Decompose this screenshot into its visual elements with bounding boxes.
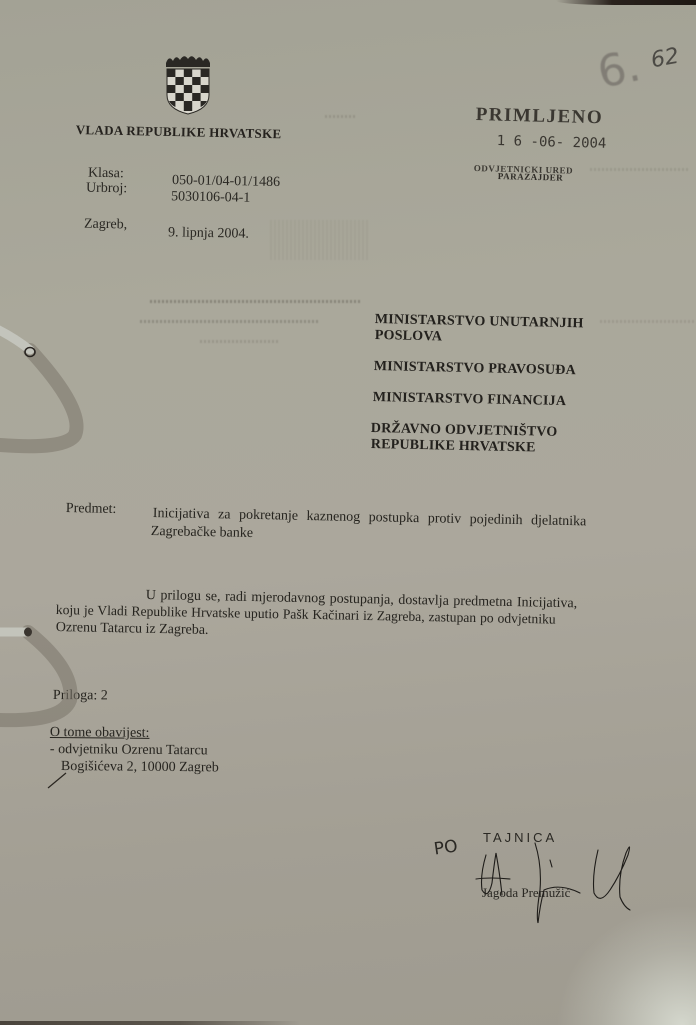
pen-check-mark — [46, 770, 70, 790]
received-stamp-office-name: PARAZAJDER — [498, 171, 564, 183]
print-through-mark — [150, 300, 360, 303]
print-through-mark — [140, 320, 320, 323]
page-number-mark: 6. — [593, 40, 645, 99]
notice-address: Bogišićeva 2, 10000 Zagreb — [61, 759, 219, 776]
government-header: VLADA REPUBLIKE HRVATSKE — [76, 122, 282, 142]
signature-prefix: PO — [433, 836, 459, 859]
print-through-mark — [200, 340, 280, 343]
recipient-line: MINISTARSTVO PRAVOSUĐA — [374, 359, 576, 379]
subject-line: Zagrebačke banke — [151, 524, 254, 542]
page-edge-shadow — [556, 0, 696, 5]
croatian-coat-of-arms-icon — [163, 53, 213, 115]
document-date: 9. lipnja 2004. — [168, 225, 249, 242]
print-through-mark — [590, 168, 690, 171]
place-label: Zagreb, — [84, 217, 127, 234]
binder-ring-upper — [0, 300, 90, 460]
received-stamp-date: 1 6 -06- 2004 — [497, 133, 607, 152]
urbroj-label: Urbroj: — [86, 181, 127, 198]
notice-recipient: - odvjetniku Ozrenu Tatarcu — [50, 742, 208, 759]
print-through-mark — [270, 220, 370, 260]
klasa-value: 050-01/04-01/1486 — [172, 173, 280, 191]
page-bottom-edge — [0, 1021, 300, 1025]
handwritten-signature-icon — [470, 835, 650, 930]
urbroj-value: 5030106-04-1 — [171, 189, 251, 206]
print-through-mark — [325, 115, 355, 118]
scanned-document-page: VLADA REPUBLIKE HRVATSKE Klasa: 050-01/0… — [0, 0, 696, 1025]
recipient-line: MINISTARSTVO FINANCIJA — [373, 390, 567, 410]
recipient-line: POSLOVA — [375, 328, 443, 345]
subject-label: Predmet: — [66, 501, 117, 518]
received-stamp-title: PRIMLJENO — [475, 104, 603, 129]
recipient-line: REPUBLIKE HRVATSKE — [371, 437, 536, 456]
print-through-mark — [600, 320, 696, 323]
binder-ring-lower — [0, 610, 90, 740]
handwritten-page-number: 62 — [649, 44, 681, 73]
